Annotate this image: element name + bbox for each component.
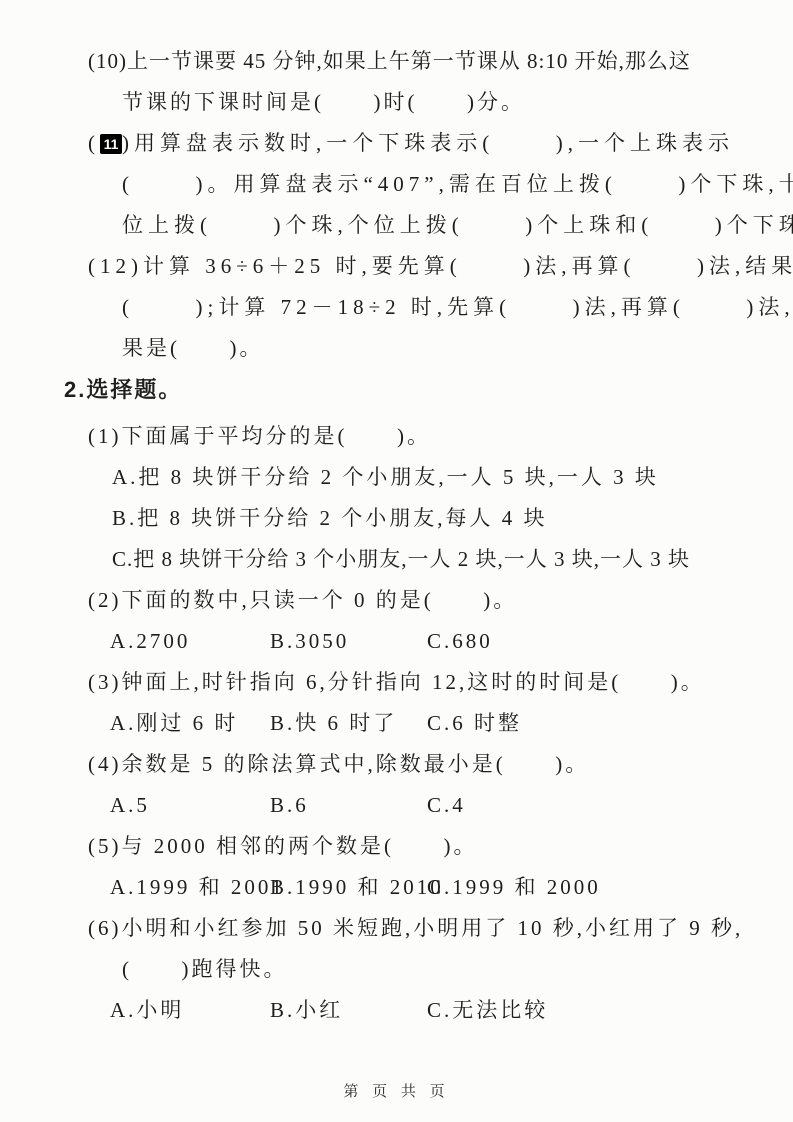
choice-4-stem-text: (4)余数是 5 的除法算式中,除数最小是( )。 <box>88 752 589 776</box>
choice-6-stem-text: (6)小明和小红参加 50 米短跑,小明用了 10 秒,小红用了 9 秒, <box>88 916 743 940</box>
option-b-text: B.快 6 时了 <box>270 703 427 744</box>
question-11-line-1: (11)用算盘表示数时,一个下珠表示( ),一个上珠表示 <box>0 123 793 164</box>
choice-6-options-row: A.小明B.小红C.无法比较 <box>0 990 793 1031</box>
choice-3-stem: (3)钟面上,时针指向 6,分针指向 12,这时的时间是( )。 <box>0 662 793 703</box>
choice-5-options-row: A.1999 和 2001B.1990 和 2010C.1999 和 2000 <box>0 867 793 908</box>
question-10-text-1: (10)上一节课要 45 分钟,如果上午第一节课从 8:10 开始,那么这 <box>88 49 691 73</box>
choice-5-stem-text: (5)与 2000 相邻的两个数是( )。 <box>88 834 477 858</box>
question-11-number-badge: 11 <box>100 134 122 154</box>
choice-1-option-c: C.把 8 块饼干分给 3 个小朋友,一人 2 块,一人 3 块,一人 3 块 <box>0 539 793 580</box>
section-2-heading-text: 2.选择题。 <box>64 377 182 402</box>
option-a-text: A.2700 <box>110 621 270 662</box>
question-10-line-1: (10)上一节课要 45 分钟,如果上午第一节课从 8:10 开始,那么这 <box>0 41 793 82</box>
option-c-text: C.1999 和 2000 <box>427 867 793 908</box>
question-10-text-2: 节课的下课时间是( )时( )分。 <box>122 90 525 114</box>
question-10-line-2: 节课的下课时间是( )时( )分。 <box>0 82 793 123</box>
choice-6-text-2: ( )跑得快。 <box>122 957 288 981</box>
option-b-text: B.6 <box>270 785 427 826</box>
question-11-text-2: ( )。用算盘表示“407”,需在百位上拨( )个下珠,十 <box>122 172 793 196</box>
option-a-text: A.5 <box>110 785 270 826</box>
question-12-text-3: 果是( )。 <box>122 336 264 360</box>
question-11-text-1: )用算盘表示数时,一个下珠表示( ),一个上珠表示 <box>122 131 734 155</box>
choice-6-stem: (6)小明和小红参加 50 米短跑,小明用了 10 秒,小红用了 9 秒, <box>0 908 793 949</box>
option-c-text: C.6 时整 <box>427 703 793 744</box>
option-a-text: A.小明 <box>110 990 270 1031</box>
choice-2-stem-text: (2)下面的数中,只读一个 0 的是( )。 <box>88 588 517 612</box>
choice-1-stem-text: (1)下面属于平均分的是( )。 <box>88 424 431 448</box>
option-a-text: A.刚过 6 时 <box>110 703 270 744</box>
choice-1-option-a: A.把 8 块饼干分给 2 个小朋友,一人 5 块,一人 3 块 <box>0 457 793 498</box>
choice-3-options-row: A.刚过 6 时B.快 6 时了C.6 时整 <box>0 703 793 744</box>
choice-2-options-row: A.2700B.3050C.680 <box>0 621 793 662</box>
option-b-text: B.小红 <box>270 990 427 1031</box>
option-b-text: B.1990 和 2010 <box>270 867 427 908</box>
choice-1-option-b: B.把 8 块饼干分给 2 个小朋友,每人 4 块 <box>0 498 793 539</box>
question-11-line-3: 位上拨( )个珠,个位上拨( )个上珠和( )个下珠。 <box>0 205 793 246</box>
choice-4-options-row: A.5B.6C.4 <box>0 785 793 826</box>
page-footer-text: 第 页 共 页 <box>343 1084 449 1100</box>
choice-4-stem: (4)余数是 5 的除法算式中,除数最小是( )。 <box>0 744 793 785</box>
choice-6-line-2: ( )跑得快。 <box>0 949 793 990</box>
choice-2-stem: (2)下面的数中,只读一个 0 的是( )。 <box>0 580 793 621</box>
page-footer: 第 页 共 页 <box>0 1080 793 1101</box>
choice-5-stem: (5)与 2000 相邻的两个数是( )。 <box>0 826 793 867</box>
option-c-text: C.把 8 块饼干分给 3 个小朋友,一人 2 块,一人 3 块,一人 3 块 <box>112 547 690 571</box>
worksheet-content: (10)上一节课要 45 分钟,如果上午第一节课从 8:10 开始,那么这 节课… <box>0 41 793 1031</box>
question-11-open-paren: ( <box>88 131 100 155</box>
choice-3-stem-text: (3)钟面上,时针指向 6,分针指向 12,这时的时间是( )。 <box>88 670 705 694</box>
option-c-text: C.无法比较 <box>427 990 793 1031</box>
question-12-line-3: 果是( )。 <box>0 328 793 369</box>
option-c-text: C.4 <box>427 785 793 826</box>
question-12-line-1: (12)计算 36÷6＋25 时,要先算( )法,再算( )法,结果是 <box>0 246 793 287</box>
question-12-text-2: ( );计算 72－18÷2 时,先算( )法,再算( )法,结 <box>122 295 793 319</box>
question-12-line-2: ( );计算 72－18÷2 时,先算( )法,再算( )法,结 <box>0 287 793 328</box>
choice-1-stem: (1)下面属于平均分的是( )。 <box>0 416 793 457</box>
option-c-text: C.680 <box>427 621 793 662</box>
section-2-heading: 2.选择题。 <box>0 369 793 410</box>
option-b-text: B.3050 <box>270 621 427 662</box>
option-a-text: A.把 8 块饼干分给 2 个小朋友,一人 5 块,一人 3 块 <box>112 465 659 489</box>
question-11-line-2: ( )。用算盘表示“407”,需在百位上拨( )个下珠,十 <box>0 164 793 205</box>
option-b-text: B.把 8 块饼干分给 2 个小朋友,每人 4 块 <box>112 506 548 530</box>
question-12-text-1: (12)计算 36÷6＋25 时,要先算( )法,再算( )法,结果是 <box>88 254 793 278</box>
question-11-text-3: 位上拨( )个珠,个位上拨( )个上珠和( )个下珠。 <box>122 213 793 237</box>
option-a-text: A.1999 和 2001 <box>110 867 270 908</box>
